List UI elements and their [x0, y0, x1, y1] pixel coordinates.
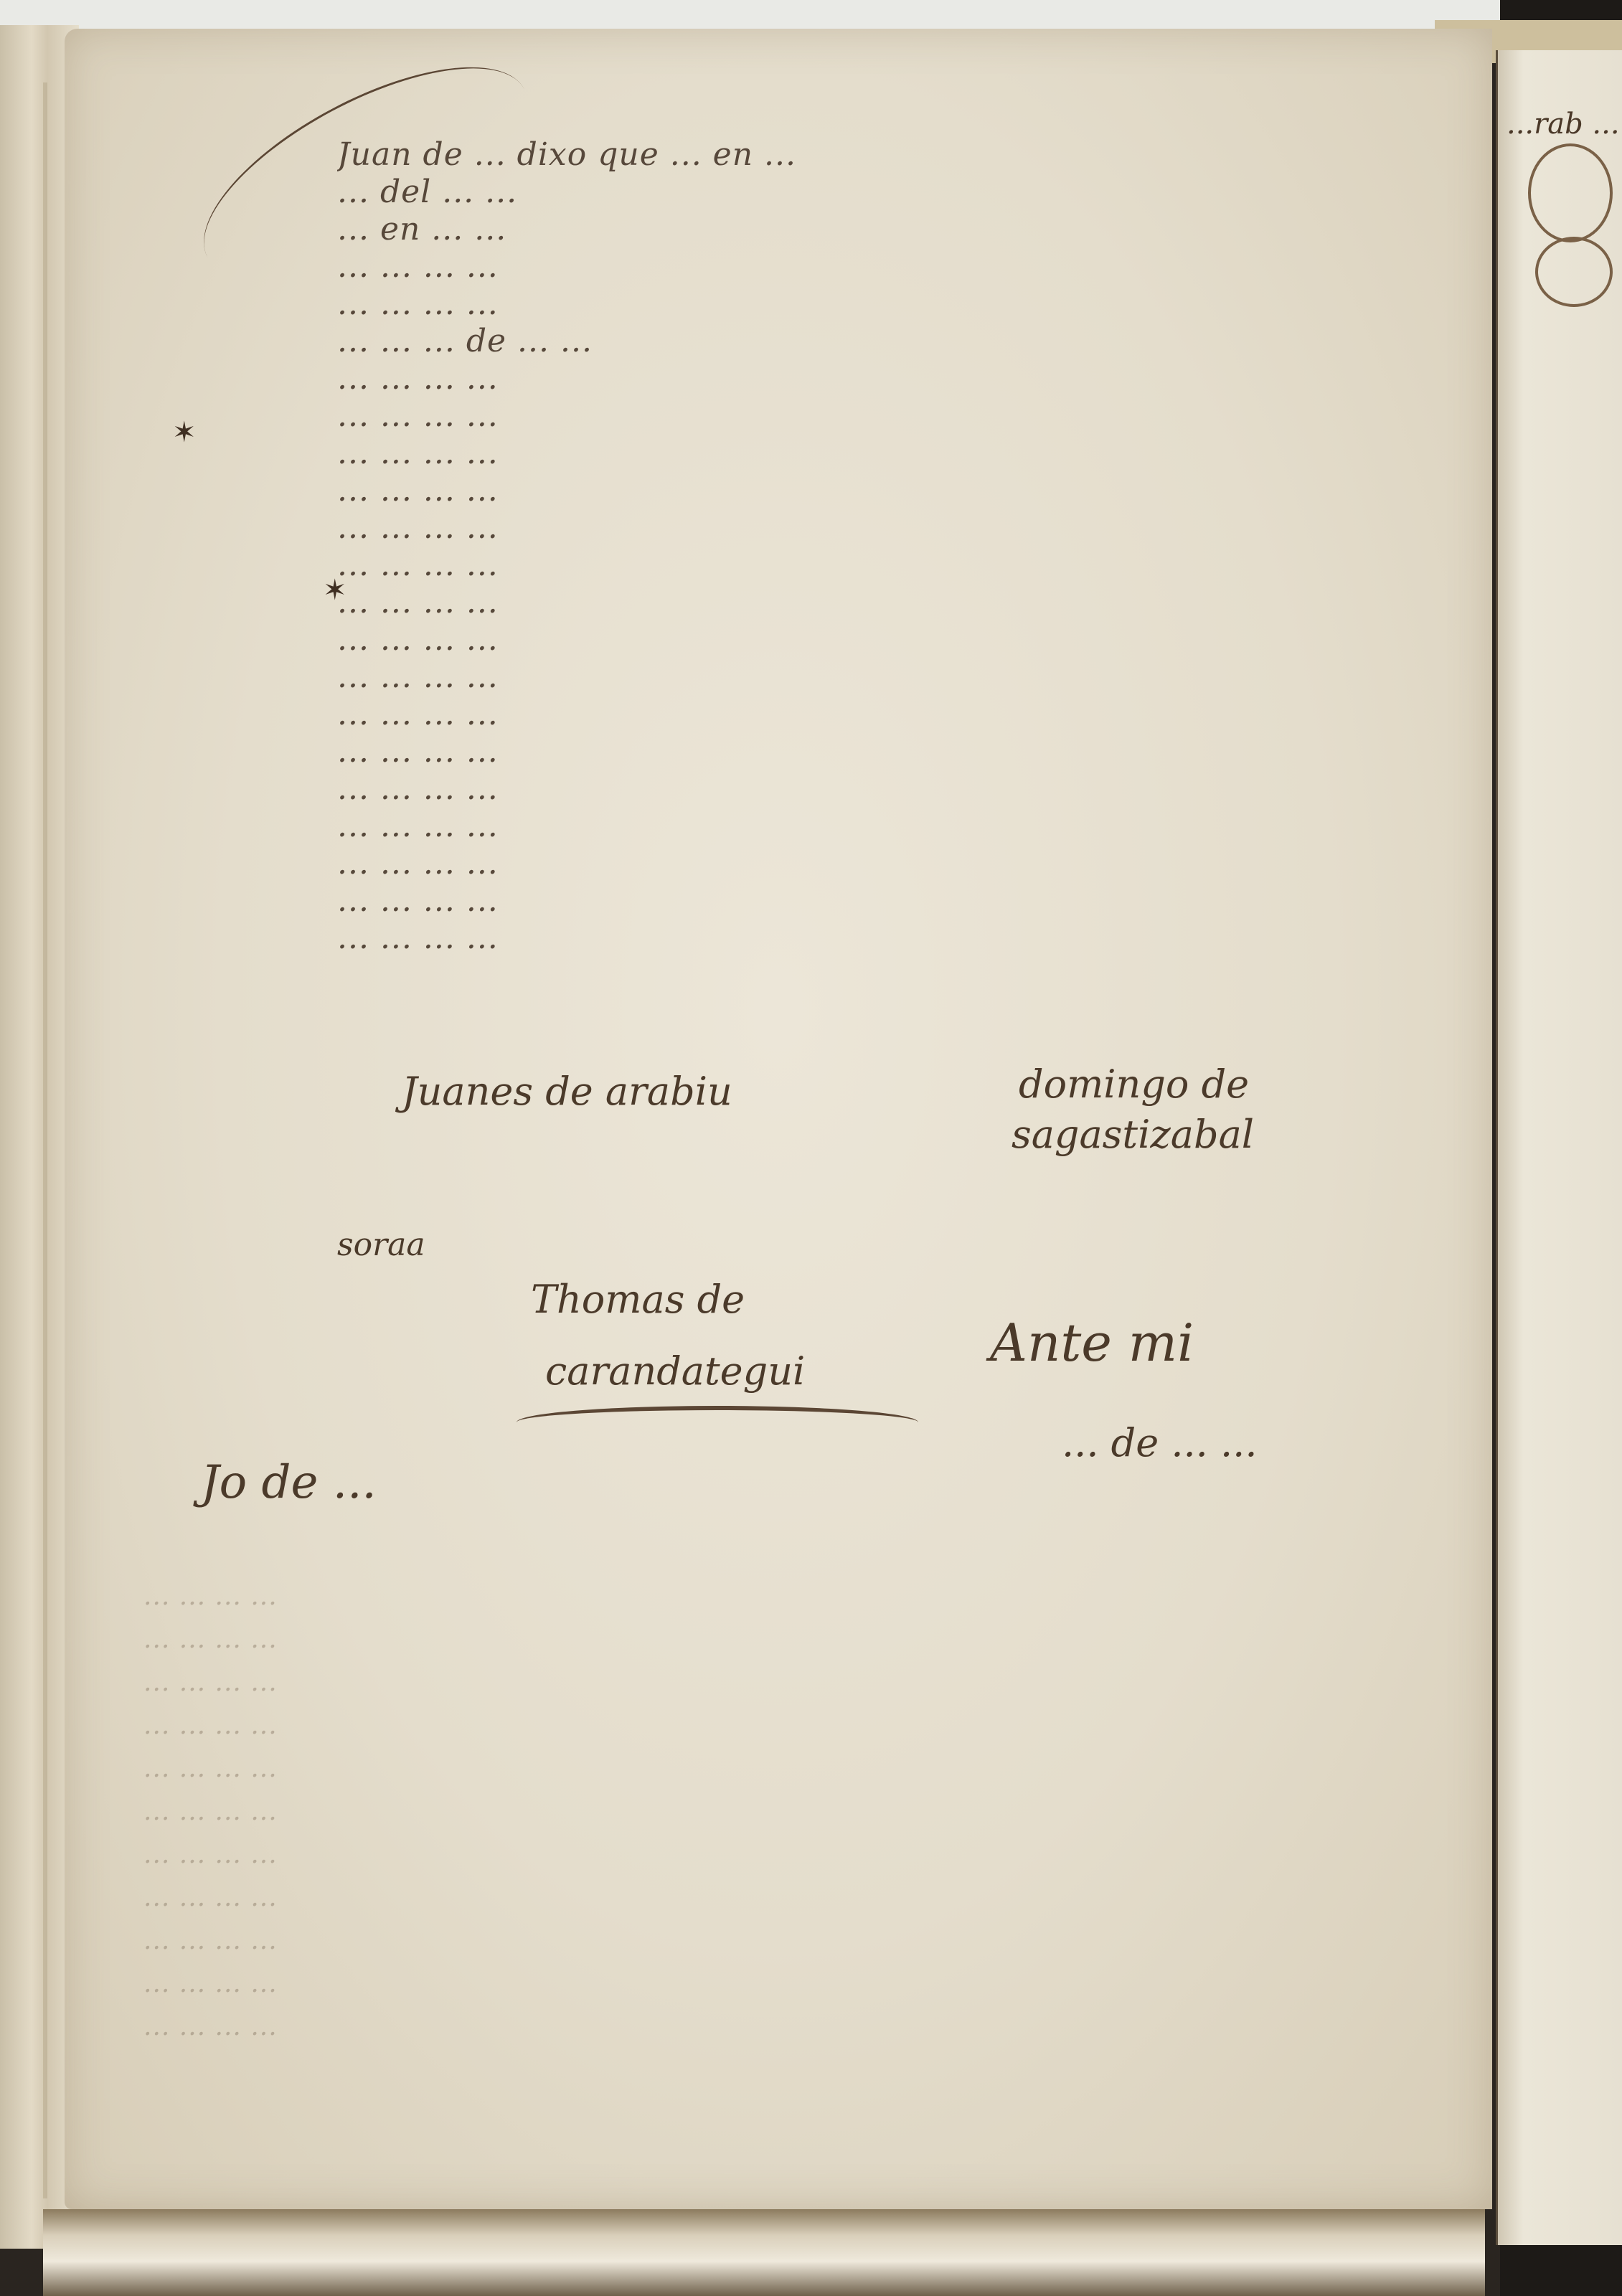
- text-line: ... ... ... ...: [337, 882, 1499, 920]
- text-line: ... ... ... de ... ...: [337, 323, 1499, 360]
- page-stack-bottom: [43, 2209, 1485, 2296]
- bleedthrough-text: ... ... ... ... ... ... ... ... ... ... …: [143, 1578, 1399, 2051]
- text-line: ... del ... ...: [337, 174, 1499, 211]
- faded-line: ... ... ... ...: [143, 1836, 1399, 1879]
- text-line: ... ... ... ...: [337, 285, 1499, 323]
- signature-notary: ... de ... ...: [1062, 1420, 1258, 1465]
- faded-line: ... ... ... ...: [143, 1707, 1399, 1750]
- text-line: ... en ... ...: [337, 211, 1499, 248]
- margin-mark: ✶: [172, 416, 197, 449]
- facing-page-flourish: [1528, 143, 1613, 242]
- signature-soraa: soraa: [337, 1227, 425, 1263]
- faded-line: ... ... ... ...: [143, 2008, 1399, 2051]
- text-line: ... ... ... ...: [337, 248, 1499, 285]
- text-line: ... ... ... ...: [337, 733, 1499, 770]
- margin-mark: ✶: [323, 574, 347, 607]
- signature-ante-mi: Ante mi: [990, 1313, 1194, 1373]
- text-line: ... ... ... ...: [337, 658, 1499, 696]
- text-line: ... ... ... ...: [337, 584, 1499, 621]
- facing-page-flourish: [1535, 237, 1613, 307]
- text-line: ... ... ... ...: [337, 435, 1499, 472]
- signature-jo-de: Jo de ...: [201, 1456, 377, 1509]
- text-line: Juan de ... dixo que ... en ...: [337, 136, 1499, 174]
- faded-line: ... ... ... ...: [143, 1879, 1399, 1922]
- text-line: ... ... ... ...: [337, 509, 1499, 547]
- text-line: ... ... ... ...: [337, 770, 1499, 808]
- text-line: ... ... ... ...: [337, 397, 1499, 435]
- faded-line: ... ... ... ...: [143, 1922, 1399, 1965]
- signature-juanes-de-arabiu: Juanes de arabiu: [402, 1069, 732, 1114]
- text-line: ... ... ... ...: [337, 808, 1499, 845]
- text-line: ... ... ... ...: [337, 920, 1499, 957]
- facing-page: [1496, 50, 1622, 2245]
- signature-underline: [517, 1406, 918, 1439]
- signature-thomas-de: Thomas de: [531, 1277, 745, 1322]
- signature-sagastizabal: sagastizabal: [1012, 1112, 1254, 1157]
- faded-line: ... ... ... ...: [143, 1578, 1399, 1621]
- faded-line: ... ... ... ...: [143, 1793, 1399, 1836]
- text-line: ... ... ... ...: [337, 472, 1499, 509]
- faded-line: ... ... ... ...: [143, 1664, 1399, 1707]
- faded-line: ... ... ... ...: [143, 1621, 1399, 1664]
- signature-carandategui: carandategui: [545, 1348, 805, 1394]
- text-line: ... ... ... ...: [337, 547, 1499, 584]
- main-text-block: Juan de ... dixo que ... en ... ... del …: [337, 136, 1499, 957]
- signature-domingo: domingo de: [1019, 1062, 1249, 1107]
- text-line: ... ... ... ...: [337, 360, 1499, 397]
- facing-page-fragment: ...rab ...: [1507, 108, 1620, 141]
- text-line: ... ... ... ...: [337, 621, 1499, 658]
- text-line: ... ... ... ...: [337, 696, 1499, 733]
- text-line: ... ... ... ...: [337, 845, 1499, 882]
- faded-line: ... ... ... ...: [143, 1965, 1399, 2008]
- faded-line: ... ... ... ...: [143, 1750, 1399, 1793]
